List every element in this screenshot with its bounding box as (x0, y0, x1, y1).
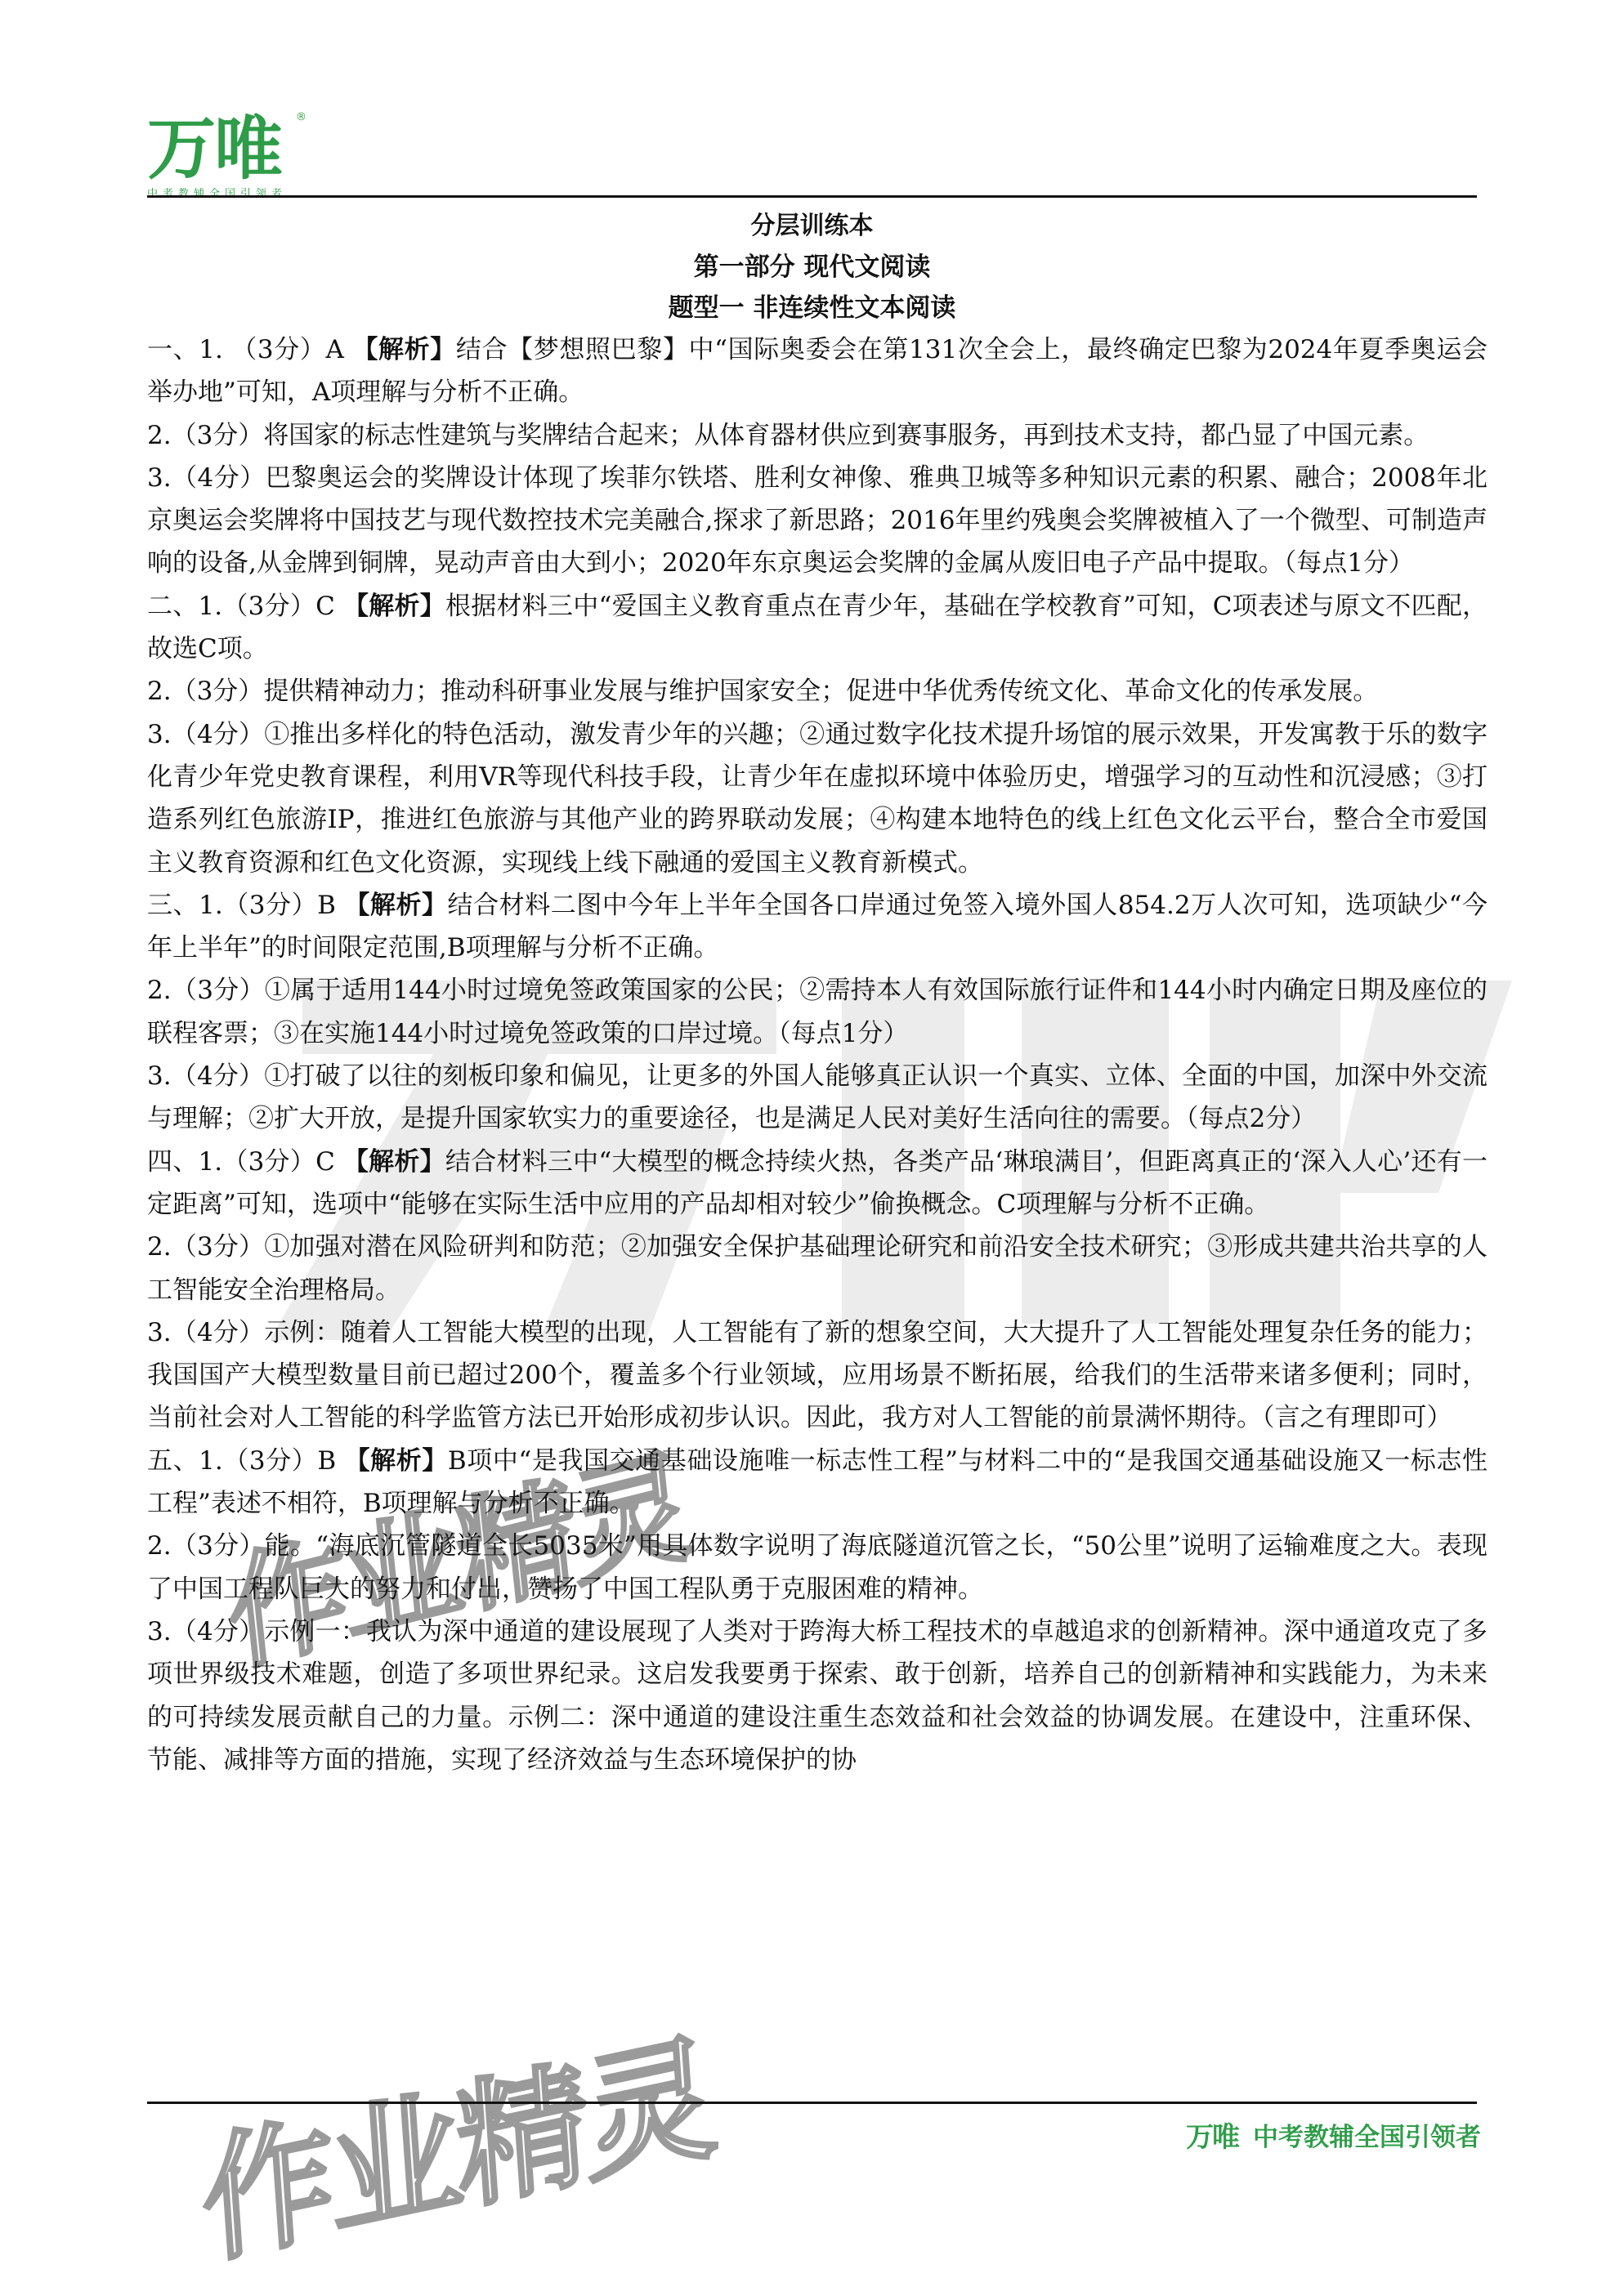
item-text: ①打破了以往的刻板印象和偏见，让更多的外国人能够真正认识一个真实、立体、全面的中… (147, 1061, 1488, 1133)
answer-item: 3.（4分）示例：随着人工智能大模型的出现，人工智能有了新的想象空间，大大提升了… (147, 1311, 1488, 1440)
analysis-tag: 【解析】 (344, 891, 447, 920)
answer-item: 四、1.（3分）C 【解析】结合材料三中“大模型的概念持续火热，各类产品‘琳琅满… (147, 1141, 1488, 1226)
footer-brand: 万唯 中考教辅全国引领者 (1186, 2115, 1481, 2155)
item-prefix: 3.（4分） (147, 1061, 264, 1091)
footer-rule (147, 2102, 1477, 2104)
item-prefix: 五、1.（3分）B (147, 1446, 345, 1476)
item-prefix: 3.（4分） (147, 1318, 264, 1347)
brand-logo-mark: 万唯 (147, 114, 287, 183)
item-prefix: 三、1.（3分）B (147, 891, 344, 920)
watermark-outline-text-bottom: 作业精灵 (195, 1988, 718, 2291)
item-text: 将国家的标志性建筑与奖牌结合起来；从体育器材供应到赛事服务，再到技术支持，都凸显… (263, 421, 1429, 450)
answer-item: 三、1.（3分）B 【解析】结合材料二图中今年上半年全国各口岸通过免签入境外国人… (147, 884, 1488, 970)
answer-item: 2.（3分）①属于适用144小时过境免签政策国家的公民；②需持本人有效国际旅行证… (147, 969, 1488, 1055)
analysis-tag: 【解析】 (345, 1446, 448, 1476)
answer-item: 2.（3分）能。“海底沉管隧道全长5035米”用具体数字说明了海底隧道沉管之长，… (147, 1525, 1488, 1610)
item-text: ①加强对潜在风险研判和防范；②加强安全保护基础理论研究和前沿安全技术研究；③形成… (147, 1232, 1488, 1304)
item-prefix: 二、1.（3分）C (147, 592, 343, 621)
header-rule (147, 195, 1477, 198)
analysis-tag: 【解析】 (352, 335, 456, 364)
item-text: 能。“海底沉管隧道全长5035米”用具体数字说明了海底隧道沉管之长，“50公里”… (147, 1531, 1488, 1603)
item-prefix: 3.（4分） (147, 1617, 264, 1646)
answer-item: 3.（4分）巴黎奥运会的奖牌设计体现了埃菲尔铁塔、胜利女神像、雅典卫城等多种知识… (147, 457, 1488, 585)
answer-item: 五、1.（3分）B 【解析】B项中“是我国交通基础设施唯一标志性工程”与材料二中… (147, 1440, 1488, 1525)
answer-content: 一、1. （3分）A 【解析】结合【梦想照巴黎】中“国际奥委会在第131次全会上… (147, 328, 1488, 1781)
footer-logo-mark: 万唯 (1186, 2115, 1238, 2155)
answer-item: 2.（3分）将国家的标志性建筑与奖牌结合起来；从体育器材供应到赛事服务，再到技术… (147, 414, 1488, 457)
item-text: ①属于适用144小时过境免签政策国家的公民；②需持本人有效国际旅行证件和144小… (147, 976, 1488, 1047)
item-prefix: 2.（3分） (147, 677, 263, 706)
item-text: 巴黎奥运会的奖牌设计体现了埃菲尔铁塔、胜利女神像、雅典卫城等多种知识元素的积累、… (147, 463, 1488, 578)
answer-item: 3.（4分）①打破了以往的刻板印象和偏见，让更多的外国人能够真正认识一个真实、立… (147, 1055, 1488, 1141)
analysis-tag: 【解析】 (343, 1147, 445, 1177)
answer-item: 3.（4分）示例一：我认为深中通道的建设展现了人类对于跨海大桥工程技术的卓越追求… (147, 1610, 1488, 1781)
answer-item: 2.（3分）提供精神动力；推动科研事业发展与维护国家安全；促进中华优秀传统文化、… (147, 670, 1488, 712)
item-text: 示例：随着人工智能大模型的出现，人工智能有了新的想象空间，大大提升了人工智能处理… (147, 1318, 1488, 1433)
item-text: ①推出多样化的特色活动，激发青少年的兴趣；②通过数字化技术提升场馆的展示效果，开… (147, 720, 1488, 878)
item-prefix: 四、1.（3分）C (147, 1147, 343, 1177)
item-prefix: 2.（3分） (147, 1232, 264, 1262)
book-title: 分层训练本 (0, 206, 1624, 247)
answer-item: 2.（3分）①加强对潜在风险研判和防范；②加强安全保护基础理论研究和前沿安全技术… (147, 1226, 1488, 1311)
page-titles: 分层训练本 第一部分 现代文阅读 题型一 非连续性文本阅读 (0, 206, 1624, 328)
item-text: 示例一：我认为深中通道的建设展现了人类对于跨海大桥工程技术的卓越追求的创新精神。… (147, 1617, 1488, 1775)
part-title: 第一部分 现代文阅读 (0, 247, 1624, 288)
type-title: 题型一 非连续性文本阅读 (0, 288, 1624, 328)
item-text: 提供精神动力；推动科研事业发展与维护国家安全；促进中华优秀传统文化、革命文化的传… (263, 677, 1378, 706)
item-prefix: 2.（3分） (147, 421, 263, 450)
item-prefix: 3.（4分） (147, 720, 264, 749)
item-prefix: 2.（3分） (147, 1531, 265, 1561)
item-prefix: 一、1. （3分）A (147, 335, 352, 364)
item-prefix: 3.（4分） (147, 463, 266, 493)
footer-tagline: 中考教辅全国引领者 (1253, 2116, 1481, 2153)
item-prefix: 2.（3分） (147, 976, 265, 1005)
registered-mark-icon: ® (296, 111, 306, 123)
answer-item: 二、1.（3分）C 【解析】根据材料三中“爱国主义教育重点在青少年，基础在学校教… (147, 585, 1488, 671)
analysis-tag: 【解析】 (343, 592, 445, 621)
answer-item: 3.（4分）①推出多样化的特色活动，激发青少年的兴趣；②通过数字化技术提升场馆的… (147, 713, 1488, 884)
brand-logo: 万唯 ® 中考教辅全国引领者 (147, 114, 287, 200)
answer-item: 一、1. （3分）A 【解析】结合【梦想照巴黎】中“国际奥委会在第131次全会上… (147, 328, 1488, 414)
